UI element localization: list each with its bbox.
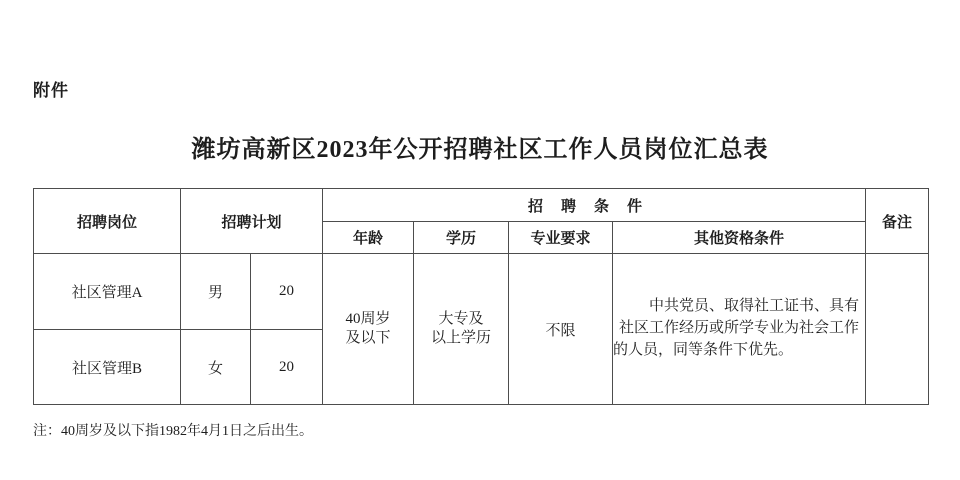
attachment-label: 附件 [33, 76, 69, 101]
col-header-other-qualifications: 其他资格条件 [613, 222, 866, 254]
col-header-conditions: 招聘条件 [323, 189, 866, 222]
position-cell: 社区管理B [34, 330, 181, 405]
table-row: 社区管理A 男 20 40周岁 及以下 大专及 以上学历 不限 中共党员、取得社… [34, 254, 929, 330]
col-header-plan: 招聘计划 [181, 189, 323, 254]
position-cell: 社区管理A [34, 254, 181, 330]
page-title: 潍坊高新区2023年公开招聘社区工作人员岗位汇总表 [0, 129, 960, 164]
gender-cell: 男 [181, 254, 251, 330]
header-row-top: 招聘岗位 招聘计划 招聘条件 备注 [34, 189, 929, 222]
count-cell: 20 [251, 254, 323, 330]
col-header-age: 年龄 [323, 222, 414, 254]
count-cell: 20 [251, 330, 323, 405]
major-cell: 不限 [509, 254, 613, 405]
document-page: 附件 潍坊高新区2023年公开招聘社区工作人员岗位汇总表 招聘岗位 招聘计划 招… [0, 0, 960, 480]
remarks-cell [866, 254, 929, 405]
col-header-education: 学历 [414, 222, 509, 254]
positions-table: 招聘岗位 招聘计划 招聘条件 备注 年龄 学历 专业要求 其他资格条件 社区管理… [33, 188, 929, 405]
footnote: 注：40周岁及以下指1982年4月1日之后出生。 [33, 420, 313, 440]
col-header-major: 专业要求 [509, 222, 613, 254]
other-qualifications-cell: 中共党员、取得社工证书、具有社区工作经历或所学专业为社会工作的人员，同等条件下优… [613, 254, 866, 405]
gender-cell: 女 [181, 330, 251, 405]
age-cell: 40周岁 及以下 [323, 254, 414, 405]
col-header-remarks: 备注 [866, 189, 929, 254]
education-cell: 大专及 以上学历 [414, 254, 509, 405]
col-header-position: 招聘岗位 [34, 189, 181, 254]
